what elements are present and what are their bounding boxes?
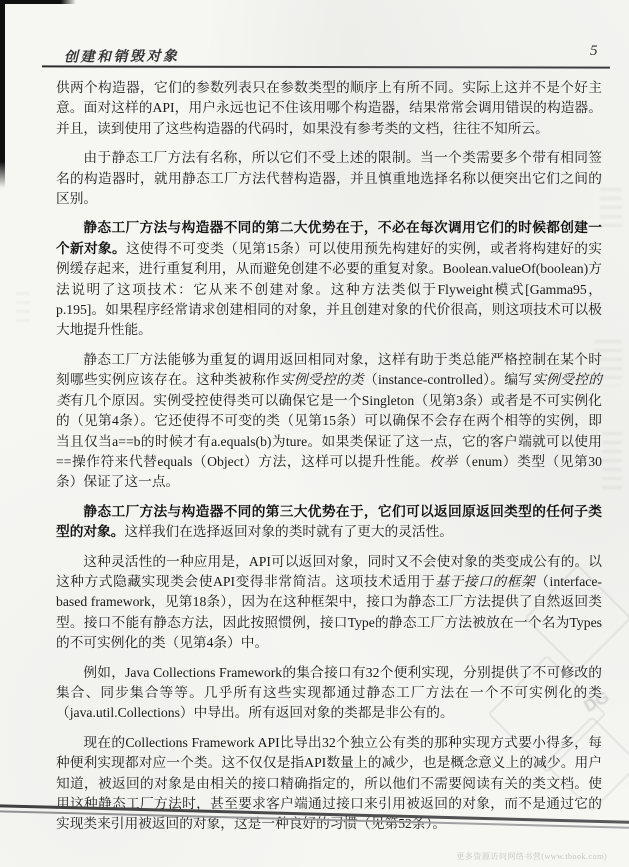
header-rule xyxy=(42,65,610,68)
page-number: 5 xyxy=(590,43,598,60)
paragraph: 静态工厂方法与构造器不同的第二大优势在于，不必在每次调用它们的时候都创建一个新对… xyxy=(56,218,602,340)
scan-edge-top xyxy=(0,0,76,4)
bleed-through-mark xyxy=(594,340,622,386)
bleed-through-mark xyxy=(600,188,622,228)
text-segment-normal: （instance-controlled）。编写 xyxy=(364,372,532,387)
text-segment-normal: 这样我们在选择返回对象的类时就有了更大的灵活性。 xyxy=(124,524,453,539)
scan-edge-left xyxy=(0,0,5,188)
bleed-through-mark xyxy=(16,292,30,322)
text-segment-normal: 由于静态工厂方法有名称，所以它们不受上述的限制。当一个类需要多个带有相同签名的构… xyxy=(56,150,602,206)
footer-watermark: 更多资源访问网络书营(www.tbook.com) xyxy=(456,851,607,862)
running-header-title: 创建和销毁对象 xyxy=(64,45,180,66)
paragraph: 这种灵活性的一种应用是，API可以返回对象，同时又不会使对象的类变成公有的。以这… xyxy=(56,552,602,654)
paragraph: 供两个构造器，它们的参数列表只在参数类型的顺序上有所不同。实际上这并不是个好主意… xyxy=(56,78,602,139)
bleed-through-mark xyxy=(602,432,622,492)
text-segment-em: 实例受控的类 xyxy=(280,372,364,387)
text-segment-normal: 这使得不可变类（见第15条）可以使用预先构建好的实例，或者将构建好的实例缓存起来… xyxy=(56,241,602,338)
scanned-book-page: 创建和销毁对象 5 供两个构造器，它们的参数列表只在参数类型的顺序上有所不同。实… xyxy=(0,0,629,867)
paragraph: 静态工厂方法能够为重复的调用返回相同对象，这样有助于类总能严格控制在某个时刻哪些… xyxy=(56,350,602,493)
text-segment-em: 枚举 xyxy=(429,454,457,469)
text-segment-em: 基于接口的框架 xyxy=(435,574,535,589)
paragraph: 静态工厂方法与构造器不同的第三大优势在于，它们可以返回原返回类型的任何子类型的对… xyxy=(56,502,602,543)
text-segment-normal: 供两个构造器，它们的参数列表只在参数类型的顺序上有所不同。实际上这并不是个好主意… xyxy=(56,80,602,136)
paragraph: 由于静态工厂方法有名称，所以它们不受上述的限制。当一个类需要多个带有相同签名的构… xyxy=(56,148,602,209)
